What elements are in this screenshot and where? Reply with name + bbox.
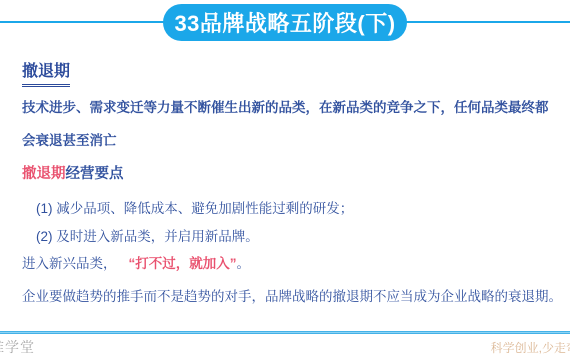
- slide-title-banner: 33品牌战略五阶段(下): [163, 4, 407, 41]
- list-item-1: (1) 减少品项、降低成本、避免加剧性能过剩的研发；: [36, 197, 353, 217]
- intro-line-2: 会衰退甚至消亡: [22, 124, 552, 157]
- key-points-heading-rest: 经营要点: [66, 166, 124, 182]
- quote-prefix: 进入新兴品类，: [22, 256, 117, 271]
- quote-line: 进入新兴品类，“打不过，就加入”。: [22, 252, 250, 272]
- intro-paragraph: 技术进步、需求变迁等力量不断催生出新的品类，在新品类的竞争之下，任何品类最终都 …: [22, 91, 552, 157]
- intro-line-1: 技术进步、需求变迁等力量不断催生出新的品类，在新品类的竞争之下，任何品类最终都: [22, 91, 552, 124]
- section-heading-withdrawal-period: 撤退期: [22, 58, 70, 87]
- quote-suffix: 。: [237, 256, 251, 271]
- closing-paragraph: 企业要做趋势的推手而不是趋势的对手，品牌战略的撤退期不应当成为企业战略的衰退期。: [22, 285, 560, 305]
- list-item-2: (2) 及时进入新品类，并启用新品牌。: [36, 225, 259, 245]
- key-points-heading: 撤退期经营要点: [22, 162, 124, 183]
- footer-logo-text: 维学堂: [0, 337, 35, 357]
- key-points-heading-highlight: 撤退期: [22, 166, 66, 182]
- footer-slogan-text: 科学创业,少走弯: [491, 339, 570, 356]
- slide-title: 33品牌战略五阶段(下): [174, 7, 395, 38]
- footer-rule-line: [0, 331, 570, 334]
- quote-text: “打不过，就加入”: [129, 256, 237, 271]
